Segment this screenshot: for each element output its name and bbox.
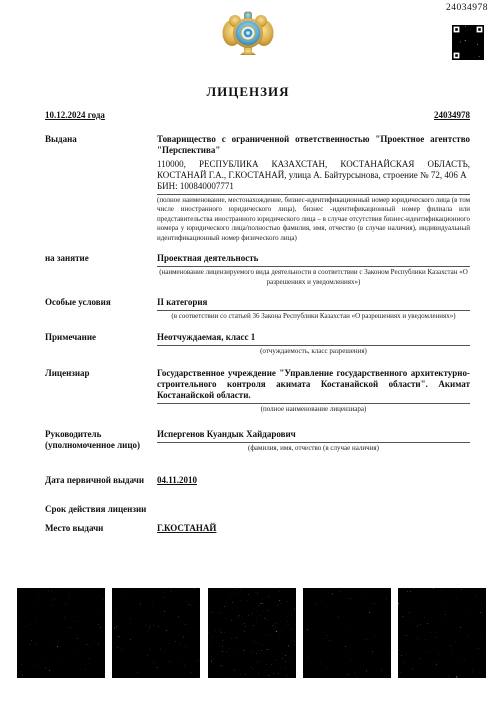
page-title: ЛИЦЕНЗИЯ: [0, 84, 496, 100]
digital-stamp-2-icon: [112, 588, 200, 678]
license-body: 10.12.2024 года 24034978 Выдана Товарище…: [45, 110, 470, 544]
field-label: Срок действия лицензии: [45, 504, 157, 515]
license-number: 24034978: [434, 110, 470, 121]
field-issued-to: Выдана Товарищество с ограниченной ответ…: [45, 134, 470, 243]
field-label: на занятие: [45, 253, 157, 264]
special-conditions-value: II категория: [157, 297, 470, 308]
issue-date: 10.12.2024 года: [45, 110, 105, 121]
kazakhstan-emblem-icon: [222, 10, 274, 67]
licensee-name: Товарищество с ограниченной ответственно…: [157, 134, 470, 156]
digital-stamp-row: [17, 588, 486, 678]
field-remark: Примечание Неотчуждаемая, класс 1 (отчуж…: [45, 332, 470, 356]
licensor-value: Государственное учреждение "Управление г…: [157, 368, 470, 401]
head-label-line2: (уполномоченное лицо): [45, 440, 151, 451]
field-first-issue-date: Дата первичной выдачи 04.11.2010: [45, 475, 470, 486]
field-place-of-issue: Место выдачи Г.КОСТАНАЙ: [45, 523, 470, 534]
digital-stamp-3-icon: [208, 588, 296, 678]
head-name: Испергенов Куандык Хайдарович: [157, 429, 470, 440]
field-label: Примечание: [45, 332, 157, 343]
first-issue-date-value: 04.11.2010: [157, 475, 197, 485]
field-note: (фамилия, имя, отчество (в случае наличи…: [157, 443, 470, 454]
license-document: 24034978: [0, 0, 496, 702]
field-note: (в соответствии со статьей 36 Закона Рес…: [157, 311, 470, 322]
digital-stamp-4-icon: [303, 588, 391, 678]
head-label-line1: Руководитель: [45, 429, 151, 440]
licensee-bin: БИН: 100840007771: [157, 181, 470, 192]
field-label: Дата первичной выдачи: [45, 475, 157, 486]
field-note: (отчуждаемость, класс разрешения): [157, 346, 470, 357]
document-number-top: 24034978: [446, 3, 488, 13]
field-validity-period: Срок действия лицензии: [45, 504, 470, 515]
qr-code-icon: [451, 24, 485, 61]
field-note: (наименование лицензируемого вида деятел…: [157, 267, 470, 287]
field-label: Руководитель (уполномоченное лицо): [45, 429, 157, 451]
field-licensor: Лицензиар Государственное учреждение "Уп…: [45, 368, 470, 414]
field-label: Выдана: [45, 134, 157, 145]
date-number-row: 10.12.2024 года 24034978: [45, 110, 470, 121]
field-label: Особые условия: [45, 297, 157, 308]
field-label: Лицензиар: [45, 368, 157, 379]
field-note: (полное наименование лицензиара): [157, 404, 470, 415]
licensee-address: 110000, РЕСПУБЛИКА КАЗАХСТАН, КОСТАНАЙСК…: [157, 159, 470, 181]
field-label: Место выдачи: [45, 523, 157, 534]
place-of-issue-value: Г.КОСТАНАЙ: [157, 523, 216, 533]
digital-stamp-5-icon: [398, 588, 486, 678]
field-special-conditions: Особые условия II категория (в соответст…: [45, 297, 470, 321]
field-activity: на занятие Проектная деятельность (наиме…: [45, 253, 470, 287]
digital-stamp-1-icon: [17, 588, 105, 678]
field-note: (полное наименование, местонахождение, б…: [157, 195, 470, 244]
activity-value: Проектная деятельность: [157, 253, 470, 264]
field-head: Руководитель (уполномоченное лицо) Испер…: [45, 429, 470, 453]
remark-value: Неотчуждаемая, класс 1: [157, 332, 470, 343]
